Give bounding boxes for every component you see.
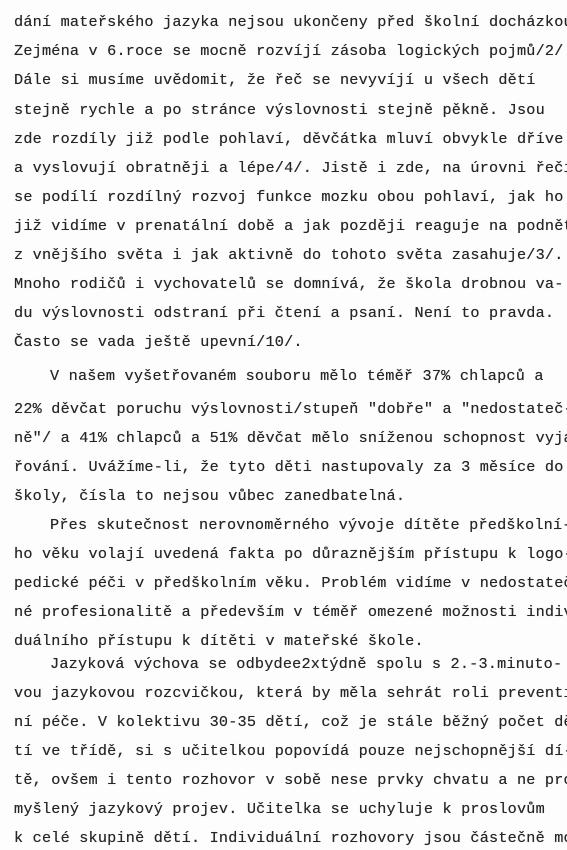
text-line: stejně rychle a po stránce výslovnosti s…: [14, 100, 545, 120]
text-line: ní péče. V kolektivu 30-35 dětí, což je …: [14, 712, 567, 732]
text-line: školy, čísla to nejsou vůbec zanedbateln…: [14, 486, 405, 506]
text-line: duálního přístupu k dítěti v mateřské šk…: [14, 631, 424, 651]
text-line: se podílí rozdílný rozvoj funkce mozku o…: [14, 187, 564, 207]
text-line: ho věku volají uvedená fakta po důrazněj…: [14, 544, 567, 564]
text-line: myšlený jazykový projev. Učitelka se uch…: [14, 799, 545, 819]
text-line: du výslovnosti odstraní při čtení a psan…: [14, 303, 554, 323]
text-line: a vyslovují obratněji a lépe/4/. Jistě i…: [14, 158, 567, 178]
text-line: Mnoho rodičů i vychovatelů se domnívá, ž…: [14, 274, 564, 294]
text-line: již vidíme v prenatální době a jak pozdě…: [14, 216, 567, 236]
text-line: V našem vyšetřovaném souboru mělo téměř …: [50, 366, 544, 386]
text-line: pedické péči v předškolním věku. Problém…: [14, 573, 567, 593]
text-line: k celé skupině dětí. Individuální rozhov…: [14, 828, 567, 848]
text-line: ně"/ a 41% chlapců a 51% děvčat mělo sní…: [14, 428, 567, 448]
text-line: řování. Uvážíme-li, že tyto děti nastupo…: [14, 457, 564, 477]
text-line: Zejména v 6.roce se mocně rozvíjí zásoba…: [14, 41, 567, 61]
text-line: zde rozdíly již podle pohlaví, děvčátka …: [14, 129, 564, 149]
text-line: 22% děvčat poruchu výslovnosti/stupeň "d…: [14, 399, 567, 419]
typewritten-page: dání mateřského jazyka nejsou ukončeny p…: [0, 0, 567, 850]
text-line: z vnějšího světa i jak aktivně do tohoto…: [14, 245, 564, 265]
text-line: né profesionalitě a především v téměř om…: [14, 602, 567, 622]
text-line: Dále si musíme uvědomit, že řeč se nevyv…: [14, 70, 536, 90]
text-line: dání mateřského jazyka nejsou ukončeny p…: [14, 12, 567, 32]
text-line: tě, ovšem i tento rozhovor v sobě nese p…: [14, 770, 567, 790]
text-line: Přes skutečnost nerovnoměrného vývoje dí…: [50, 515, 567, 535]
text-line: tí ve třídě, si s učitelkou popovídá pou…: [14, 741, 567, 761]
text-line: Jazyková výchova se odbydee2xtýdně spolu…: [50, 654, 562, 674]
text-line: Často se vada ještě upevní/10/.: [14, 332, 303, 352]
text-line: vou jazykovou rozcvičkou, která by měla …: [14, 683, 567, 703]
